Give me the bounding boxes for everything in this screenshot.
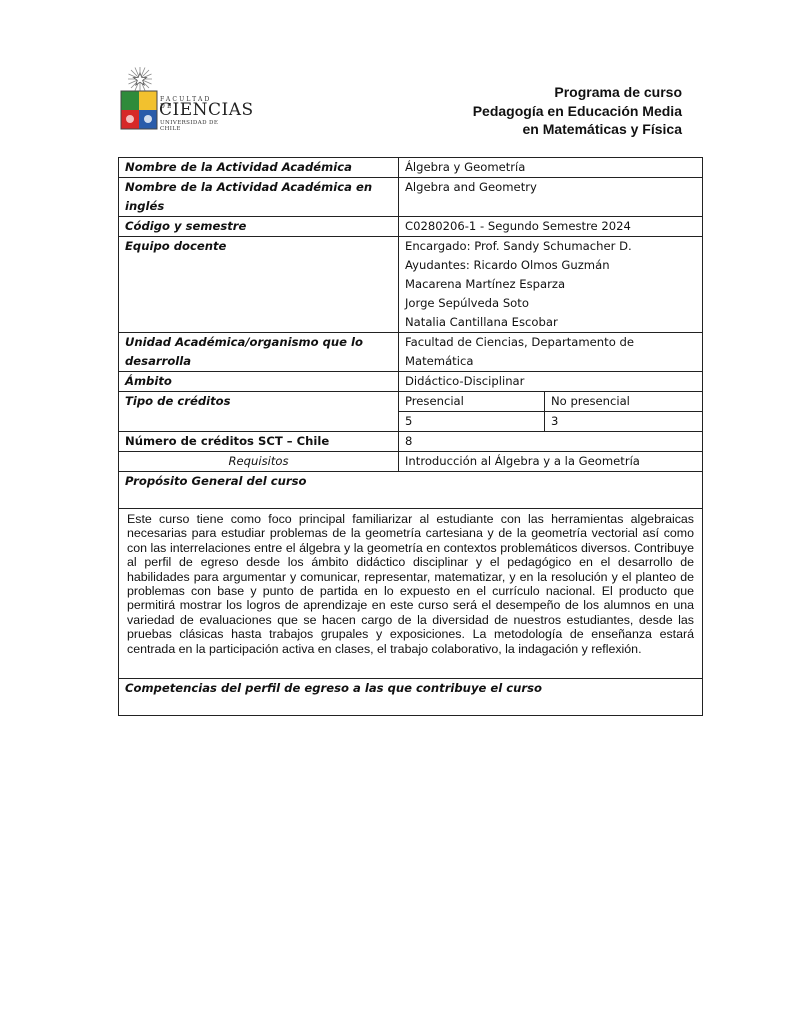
table-row: Número de créditos SCT – Chile 8 <box>119 432 703 452</box>
table-row: Ámbito Didáctico-Disciplinar <box>119 372 703 392</box>
logo-university-label: UNIVERSIDAD DE CHILE <box>160 120 227 132</box>
faculty-logo: FACULTAD DE CIENCIAS UNIVERSIDAD DE CHIL… <box>117 66 227 134</box>
purpose-body: Este curso tiene como foco principal fam… <box>119 509 703 679</box>
course-info-table: Nombre de la Actividad Académica Álgebra… <box>118 157 703 716</box>
header-program: Pedagogía en Educación Media <box>473 102 682 121</box>
table-row: Requisitos Introducción al Álgebra y a l… <box>119 452 703 472</box>
academic-unit-label: Unidad Académica/organismo que lo desarr… <box>119 333 399 372</box>
competencies-heading: Competencias del perfil de egreso a las … <box>119 679 703 716</box>
scope-label: Ámbito <box>119 372 399 392</box>
activity-name-english-label: Nombre de la Actividad Académica en ingl… <box>119 178 399 217</box>
requirements-label: Requisitos <box>119 452 399 472</box>
team-member: Ayudantes: Ricardo Olmos Guzmán <box>405 256 696 275</box>
star-emblem-icon <box>127 66 153 92</box>
no-presencial-value: 3 <box>545 412 703 432</box>
table-row: Este curso tiene como foco principal fam… <box>119 509 703 679</box>
table-row: Nombre de la Actividad Académica en ingl… <box>119 178 703 217</box>
table-row: Equipo docente Encargado: Prof. Sandy Sc… <box>119 237 703 333</box>
sct-credits-value: 8 <box>399 432 703 452</box>
purpose-heading: Propósito General del curso <box>119 472 703 509</box>
no-presencial-label: No presencial <box>545 392 703 412</box>
header-specialty: en Matemáticas y Física <box>473 120 682 139</box>
header-title: Programa de curso <box>473 83 682 102</box>
activity-name-english-value: Algebra and Geometry <box>399 178 703 217</box>
code-semester-value: C0280206-1 - Segundo Semestre 2024 <box>399 217 703 237</box>
team-member: Macarena Martínez Esparza <box>405 275 696 294</box>
scope-value: Didáctico-Disciplinar <box>399 372 703 392</box>
activity-name-label: Nombre de la Actividad Académica <box>119 158 399 178</box>
table-row: Propósito General del curso <box>119 472 703 509</box>
table-row: Código y semestre C0280206-1 - Segundo S… <box>119 217 703 237</box>
table-row: Tipo de créditos Presencial No presencia… <box>119 392 703 412</box>
presencial-label: Presencial <box>399 392 545 412</box>
activity-name-value: Álgebra y Geometría <box>399 158 703 178</box>
code-semester-label: Código y semestre <box>119 217 399 237</box>
table-row: Nombre de la Actividad Académica Álgebra… <box>119 158 703 178</box>
teaching-team-value: Encargado: Prof. Sandy Schumacher D. Ayu… <box>399 237 703 333</box>
team-member: Encargado: Prof. Sandy Schumacher D. <box>405 237 696 256</box>
team-member: Jorge Sepúlveda Soto <box>405 294 696 313</box>
requirements-value: Introducción al Álgebra y a la Geometría <box>399 452 703 472</box>
table-row: Unidad Académica/organismo que lo desarr… <box>119 333 703 372</box>
teaching-team-label: Equipo docente <box>119 237 399 333</box>
table-row: Competencias del perfil de egreso a las … <box>119 679 703 716</box>
document-header: Programa de curso Pedagogía en Educación… <box>473 83 682 139</box>
credit-type-label: Tipo de créditos <box>119 392 399 432</box>
sct-credits-label: Número de créditos SCT – Chile <box>119 432 399 452</box>
presencial-value: 5 <box>399 412 545 432</box>
academic-unit-value: Facultad de Ciencias, Departamento de Ma… <box>399 333 703 372</box>
logo-ciencias-label: CIENCIAS <box>159 102 254 119</box>
team-member: Natalia Cantillana Escobar <box>405 313 696 332</box>
shield-emblem-icon <box>120 90 158 130</box>
